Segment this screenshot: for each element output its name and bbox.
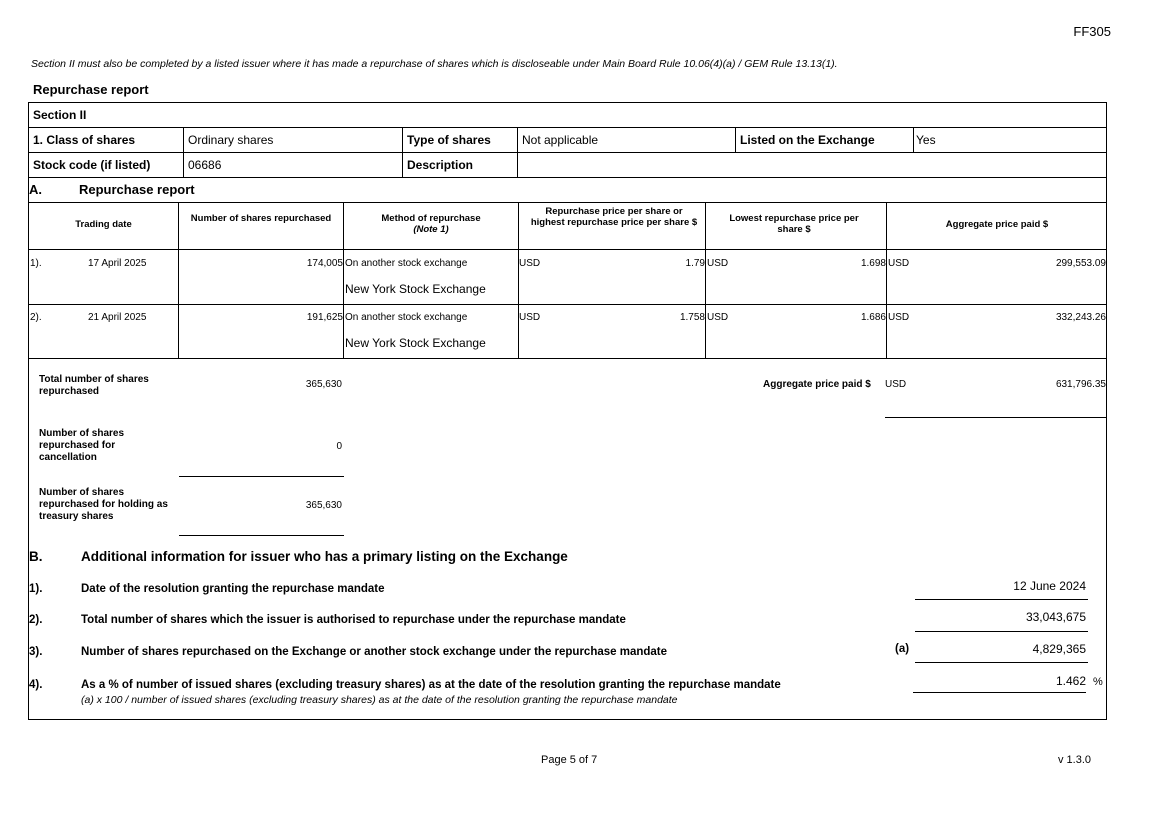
high-currency: USD	[519, 258, 540, 269]
section-notice: Section II must also be completed by a l…	[31, 58, 838, 70]
method: On another stock exchange	[345, 312, 467, 323]
agg-currency: USD	[888, 312, 909, 323]
method: On another stock exchange	[345, 258, 467, 269]
b-item-4-index: 4).	[29, 679, 42, 691]
b-item-4-note: (a) x 100 / number of issued shares (exc…	[81, 694, 678, 706]
agg-price: 299,553.09	[929, 258, 1106, 269]
cancellation-label: Number of shares repurchased for cancell…	[39, 428, 149, 464]
marker-a: (a)	[895, 643, 909, 655]
high-price: 1.79	[589, 258, 705, 269]
class-of-shares-value: Ordinary shares	[188, 133, 273, 147]
b-item-3-label: Number of shares repurchased on the Exch…	[81, 646, 667, 658]
type-of-shares-value: Not applicable	[522, 133, 598, 147]
part-a-letter: A.	[29, 182, 42, 197]
page-number: Page 5 of 7	[541, 754, 597, 766]
report-title: Repurchase report	[33, 82, 149, 97]
trading-date: 21 April 2025	[88, 312, 146, 323]
b-item-2-label: Total number of shares which the issuer …	[81, 614, 626, 626]
percent-unit: %	[1093, 676, 1103, 688]
listed-on-exchange-value: Yes	[916, 133, 936, 147]
authorised-shares-value: 33,043,675	[915, 610, 1086, 624]
total-shares-value: 365,630	[179, 379, 342, 390]
col-low-price: Lowest repurchase price per share $	[729, 213, 859, 235]
percentage-value: 1.462	[915, 674, 1086, 688]
col-aggregate-price: Aggregate price paid $	[887, 219, 1107, 230]
repurchase-form: Section II 1. Class of shares Ordinary s…	[28, 102, 1107, 720]
b-item-1-label: Date of the resolution granting the repu…	[81, 583, 385, 595]
col-high-price: Repurchase price per share or highest re…	[529, 206, 699, 228]
b-item-4-label: As a % of number of issued shares (exclu…	[81, 679, 781, 691]
part-a-title: Repurchase report	[79, 182, 195, 197]
exchange-name: New York Stock Exchange	[345, 282, 486, 296]
row-index: 1).	[30, 258, 42, 269]
listed-on-exchange-label: Listed on the Exchange	[740, 133, 875, 147]
b-item-1-index: 1).	[29, 583, 42, 595]
low-price: 1.698	[769, 258, 886, 269]
b-item-3-index: 3).	[29, 646, 42, 658]
resolution-date-value: 12 June 2024	[915, 579, 1086, 593]
high-price: 1.758	[589, 312, 705, 323]
aggregate-total-value: 631,796.35	[929, 379, 1106, 390]
shares-repurchased: 191,625	[179, 312, 343, 323]
col-shares-repurchased: Number of shares repurchased	[179, 213, 343, 224]
stock-code-value: 06686	[188, 158, 221, 172]
stock-code-label: Stock code (if listed)	[33, 158, 150, 172]
agg-price: 332,243.26	[929, 312, 1106, 323]
treasury-value: 365,630	[179, 500, 342, 511]
class-of-shares-label: 1. Class of shares	[33, 133, 135, 147]
exchange-name: New York Stock Exchange	[345, 336, 486, 350]
version: v 1.3.0	[1058, 754, 1091, 766]
col-trading-date: Trading date	[29, 219, 178, 230]
row-index: 2).	[30, 312, 42, 323]
trading-date: 17 April 2025	[88, 258, 146, 269]
total-shares-label: Total number of shares repurchased	[39, 374, 179, 398]
part-b-letter: B.	[29, 549, 43, 564]
description-label: Description	[407, 158, 473, 172]
low-price: 1.686	[769, 312, 886, 323]
agg-currency: USD	[888, 258, 909, 269]
shares-under-mandate-value: 4,829,365	[915, 642, 1086, 656]
b-item-2-index: 2).	[29, 614, 42, 626]
section-title: Section II	[33, 108, 86, 122]
method-note: (Note 1)	[344, 224, 518, 235]
part-b-title: Additional information for issuer who ha…	[81, 549, 568, 564]
type-of-shares-label: Type of shares	[407, 133, 491, 147]
high-currency: USD	[519, 312, 540, 323]
shares-repurchased: 174,005	[179, 258, 343, 269]
form-code: FF305	[1073, 24, 1111, 39]
aggregate-total-currency: USD	[885, 379, 906, 390]
aggregate-total-label: Aggregate price paid $	[763, 379, 871, 390]
cancellation-value: 0	[179, 441, 342, 452]
col-method: Method of repurchase (Note 1)	[344, 213, 518, 235]
low-currency: USD	[707, 312, 728, 323]
treasury-label: Number of shares repurchased for holding…	[39, 487, 179, 523]
low-currency: USD	[707, 258, 728, 269]
